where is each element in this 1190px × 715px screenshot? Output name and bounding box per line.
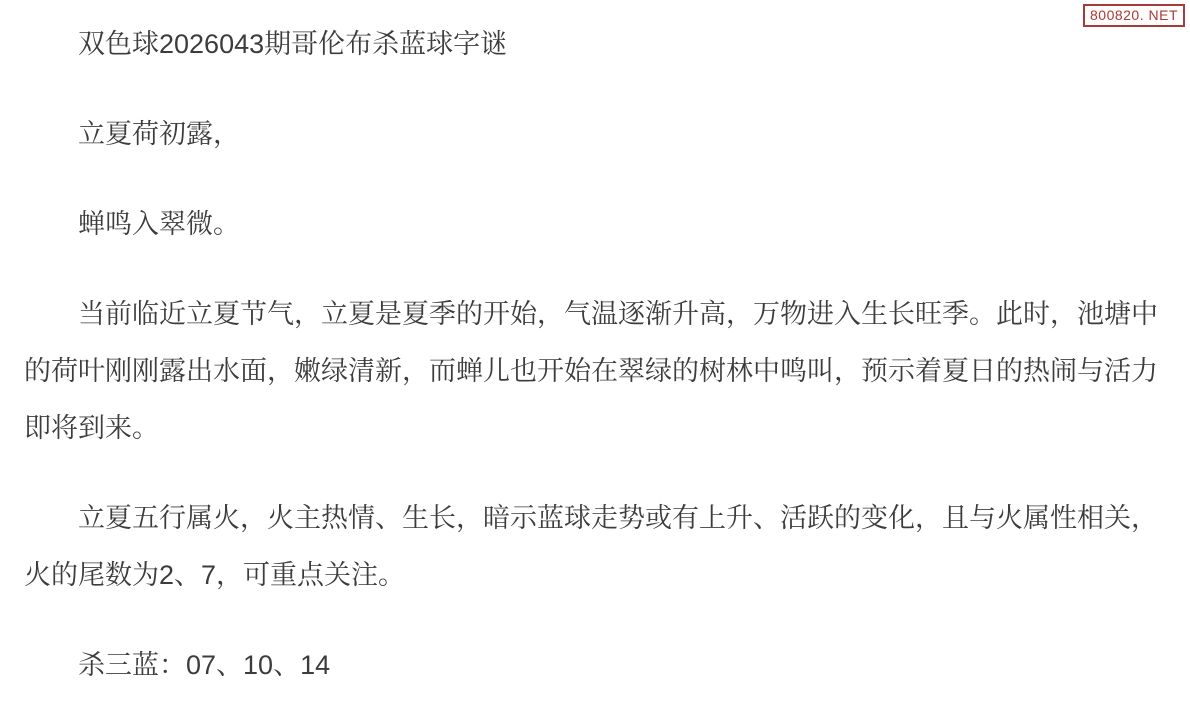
poem-line-2: 蝉鸣入翠微。 (24, 196, 1166, 253)
analysis-paragraph-season: 当前临近立夏节气，立夏是夏季的开始，气温逐渐升高，万物进入生长旺季。此时，池塘中… (24, 286, 1166, 457)
site-watermark-badge: 800820. NET (1083, 4, 1185, 27)
analysis-paragraph-elements: 立夏五行属火，火主热情、生长，暗示蓝球走势或有上升、活跃的变化，且与火属性相关，… (24, 490, 1166, 604)
poem-line-1: 立夏荷初露， (24, 106, 1166, 163)
kill-blue-numbers-line: 杀三蓝：07、10、14 (24, 637, 1166, 694)
article-page: { "page": { "background": "#ffffff", "te… (0, 0, 1190, 715)
article-title: 双色球2026043期哥伦布杀蓝球字谜 (24, 16, 1166, 73)
article-body: 双色球2026043期哥伦布杀蓝球字谜 立夏荷初露， 蝉鸣入翠微。 当前临近立夏… (0, 0, 1190, 694)
